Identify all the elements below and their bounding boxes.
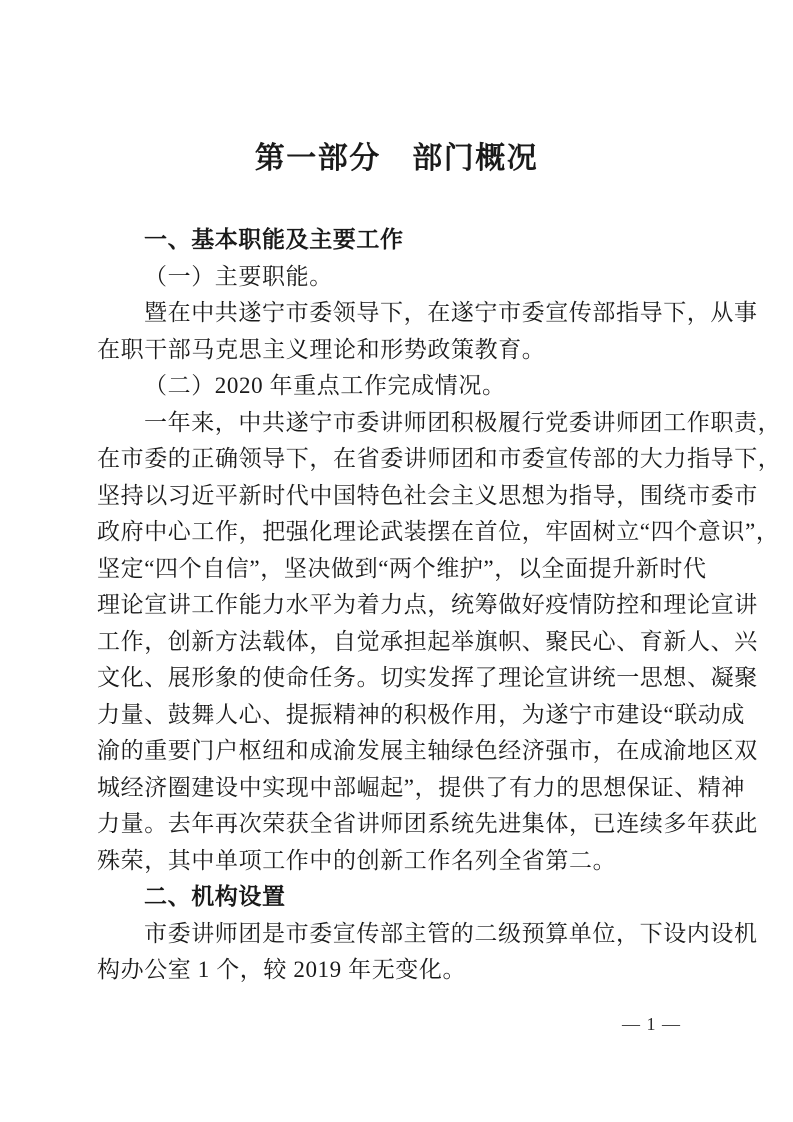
text-line: 力量、鼓舞人心、提振精神的积极作用，为遂宁市建设“联动成: [97, 697, 769, 734]
text-line: 文化、展形象的使命任务。切实发挥了理论宣讲统一思想、凝聚: [97, 660, 769, 697]
text-line: 一、基本职能及主要工作: [97, 222, 769, 259]
text-line: 市委讲师团是市委宣传部主管的二级预算单位，下设内设机: [97, 916, 769, 953]
text-line: （二）2020 年重点工作完成情况。: [97, 368, 769, 405]
document-page: 第一部分 部门概况 一、基本职能及主要工作（一）主要职能。暨在中共遂宁市委领导下…: [0, 0, 793, 1122]
text-line: 在市委的正确领导下，在省委讲师团和市委宣传部的大力指导下，: [97, 441, 769, 478]
text-line: 在职干部马克思主义理论和形势政策教育。: [97, 332, 769, 369]
text-line: 一年来，中共遂宁市委讲师团积极履行党委讲师团工作职责，: [97, 405, 769, 442]
text-line: 殊荣，其中单项工作中的创新工作名列全省第二。: [97, 843, 769, 880]
text-line: 工作，创新方法载体，自觉承担起举旗帜、聚民心、育新人、兴: [97, 624, 769, 661]
text-line: 暨在中共遂宁市委领导下，在遂宁市委宣传部指导下，从事: [97, 295, 769, 332]
text-line: 城经济圈建设中实现中部崛起”，提供了有力的思想保证、精神: [97, 770, 769, 807]
page-number: — 1 —: [622, 1010, 681, 1038]
text-line: （一）主要职能。: [97, 259, 769, 296]
document-body: 一、基本职能及主要工作（一）主要职能。暨在中共遂宁市委领导下，在遂宁市委宣传部指…: [97, 222, 769, 989]
text-line: 二、机构设置: [97, 879, 769, 916]
document-title: 第一部分 部门概况: [0, 140, 793, 178]
text-line: 坚持以习近平新时代中国特色社会主义思想为指导，围绕市委市: [97, 478, 769, 515]
text-line: 构办公室 1 个，较 2019 年无变化。: [97, 952, 769, 989]
text-line: 理论宣讲工作能力水平为着力点，统筹做好疫情防控和理论宣讲: [97, 587, 769, 624]
text-line: 力量。去年再次荣获全省讲师团系统先进集体，已连续多年获此: [97, 806, 769, 843]
text-line: 坚定“四个自信”，坚决做到“两个维护”，以全面提升新时代: [97, 551, 769, 588]
text-line: 渝的重要门户枢纽和成渝发展主轴绿色经济强市，在成渝地区双: [97, 733, 769, 770]
text-line: 政府中心工作，把强化理论武装摆在首位，牢固树立“四个意识”，: [97, 514, 769, 551]
